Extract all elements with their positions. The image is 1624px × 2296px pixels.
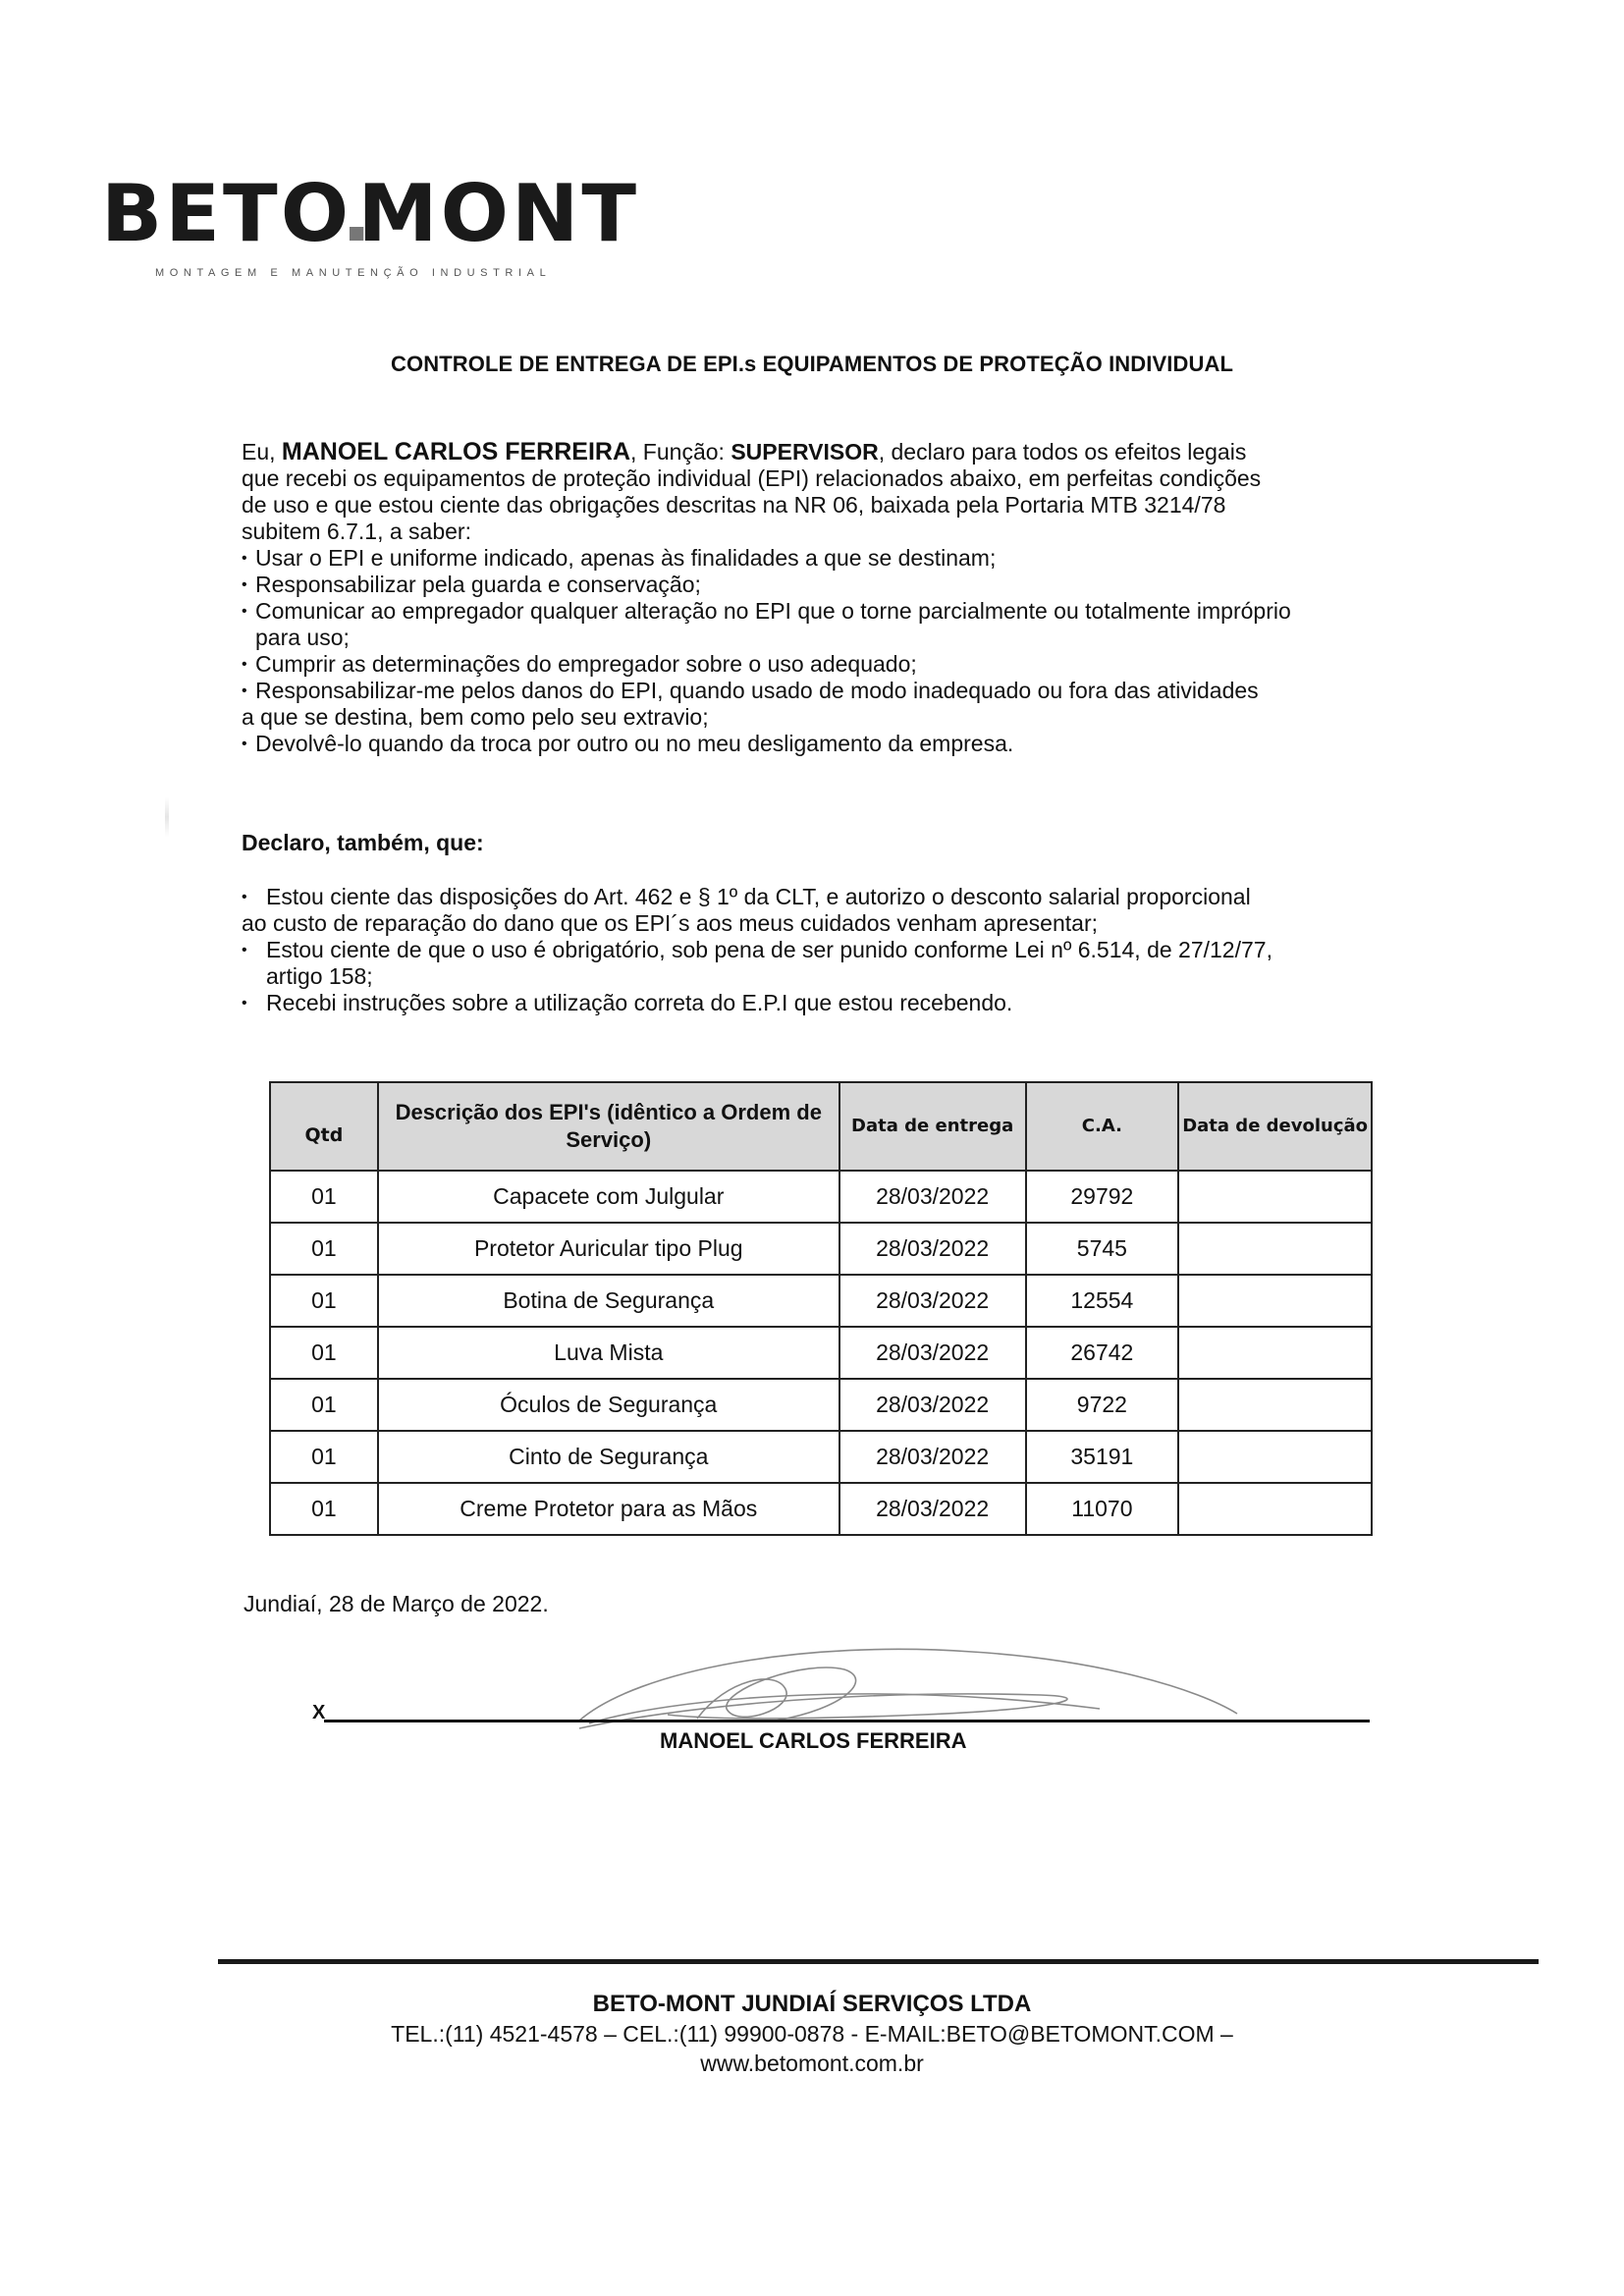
role-label: , Função: xyxy=(630,439,731,465)
logo-wordmark: BETOMONT xyxy=(101,175,639,253)
declaration-text: Recebi instruções sobre a utilização cor… xyxy=(266,990,1012,1015)
document-title: CONTROLE DE ENTREGA DE EPI.s EQUIPAMENTO… xyxy=(0,352,1624,377)
intro-line-2: que recebi os equipamentos de proteção i… xyxy=(242,465,1459,492)
declaration-text-continued: ao custo de reparação do dano que os EPI… xyxy=(242,910,1459,937)
obligation-item: Responsabilizar pela guarda e conservaçã… xyxy=(242,572,1459,598)
table-row: 01Protetor Auricular tipo Plug28/03/2022… xyxy=(270,1223,1372,1275)
obligation-text: Cumprir as determinações do empregador s… xyxy=(255,651,917,677)
intro-prefix: Eu, xyxy=(242,439,282,465)
cell-return-date xyxy=(1178,1327,1372,1379)
declaration-section: Estou ciente das disposições do Art. 462… xyxy=(242,884,1459,1016)
cell-return-date xyxy=(1178,1223,1372,1275)
cell-return-date xyxy=(1178,1431,1372,1483)
cell-ca: 26742 xyxy=(1026,1327,1179,1379)
table-row: 01Óculos de Segurança28/03/20229722 xyxy=(270,1379,1372,1431)
table-row: 01Botina de Segurança28/03/202212554 xyxy=(270,1275,1372,1327)
declaration-list: Estou ciente das disposições do Art. 462… xyxy=(242,884,1459,1016)
cell-description: Luva Mista xyxy=(378,1327,839,1379)
table-row: 01Capacete com Julgular28/03/202229792 xyxy=(270,1171,1372,1223)
header-qtd: Qtd xyxy=(270,1082,378,1171)
cell-return-date xyxy=(1178,1379,1372,1431)
epi-delivery-table: Qtd Descrição dos EPI's (idêntico a Orde… xyxy=(269,1081,1373,1536)
obligation-text: Responsabilizar pela guarda e conservaçã… xyxy=(255,572,701,597)
declaration-item: Recebi instruções sobre a utilização cor… xyxy=(242,990,1459,1016)
cell-description: Capacete com Julgular xyxy=(378,1171,839,1223)
place-date: Jundiaí, 28 de Março de 2022. xyxy=(244,1591,549,1617)
cell-ca: 11070 xyxy=(1026,1483,1179,1535)
cell-delivery-date: 28/03/2022 xyxy=(839,1223,1026,1275)
obligation-text-continued: para uso; xyxy=(255,625,1459,651)
intro-line-1: Eu, MANOEL CARLOS FERREIRA, Função: SUPE… xyxy=(242,439,1459,465)
obligation-text: Devolvê-lo quando da troca por outro ou … xyxy=(255,731,1013,756)
cell-ca: 5745 xyxy=(1026,1223,1179,1275)
cell-description: Creme Protetor para as Mãos xyxy=(378,1483,839,1535)
intro-statement: Eu, MANOEL CARLOS FERREIRA, Função: SUPE… xyxy=(242,439,1459,757)
cell-description: Óculos de Segurança xyxy=(378,1379,839,1431)
declaration-text: Estou ciente das disposições do Art. 462… xyxy=(266,884,1251,909)
cell-ca: 35191 xyxy=(1026,1431,1179,1483)
signature-line xyxy=(324,1720,1370,1722)
cell-description: Cinto de Segurança xyxy=(378,1431,839,1483)
obligations-list: Usar o EPI e uniforme indicado, apenas à… xyxy=(242,545,1459,757)
company-logo: BETOMONT MONTAGEM E MANUTENÇÃO INDUSTRIA… xyxy=(101,175,628,279)
obligation-item: Usar o EPI e uniforme indicado, apenas à… xyxy=(242,545,1459,572)
employee-name: MANOEL CARLOS FERREIRA xyxy=(282,438,630,465)
signer-name: MANOEL CARLOS FERREIRA xyxy=(660,1728,967,1754)
cell-return-date xyxy=(1178,1275,1372,1327)
cell-qtd: 01 xyxy=(270,1379,378,1431)
cell-qtd: 01 xyxy=(270,1483,378,1535)
cell-qtd: 01 xyxy=(270,1171,378,1223)
header-return-date: Data de devolução xyxy=(1178,1082,1372,1171)
cell-qtd: 01 xyxy=(270,1431,378,1483)
employee-role: SUPERVISOR xyxy=(731,439,878,465)
obligation-item: Comunicar ao empregador qualquer alteraç… xyxy=(242,598,1459,651)
obligation-item: Devolvê-lo quando da troca por outro ou … xyxy=(242,731,1459,757)
table-row: 01Creme Protetor para as Mãos28/03/20221… xyxy=(270,1483,1372,1535)
footer-website: www.betomont.com.br xyxy=(0,2050,1624,2077)
declaration-text-continued: artigo 158; xyxy=(266,963,1459,990)
cell-qtd: 01 xyxy=(270,1327,378,1379)
cell-ca: 9722 xyxy=(1026,1379,1179,1431)
obligation-text: Usar o EPI e uniforme indicado, apenas à… xyxy=(255,545,996,571)
cell-delivery-date: 28/03/2022 xyxy=(839,1327,1026,1379)
table-row: 01Cinto de Segurança28/03/202235191 xyxy=(270,1431,1372,1483)
declaration-item: Estou ciente de que o uso é obrigatório,… xyxy=(242,937,1459,990)
intro-line-1-rest: , declaro para todos os efeitos legais xyxy=(879,439,1247,465)
intro-line-4: subitem 6.7.1, a saber: xyxy=(242,519,1459,545)
logo-tagline: MONTAGEM E MANUTENÇÃO INDUSTRIAL xyxy=(155,267,628,279)
table-row: 01Luva Mista28/03/202226742 xyxy=(270,1327,1372,1379)
header-delivery-date: Data de entrega xyxy=(839,1082,1026,1171)
cell-description: Botina de Segurança xyxy=(378,1275,839,1327)
declaration-text: Estou ciente de que o uso é obrigatório,… xyxy=(266,937,1272,962)
cell-ca: 12554 xyxy=(1026,1275,1179,1327)
footer-company-name: BETO-MONT JUNDIAÍ SERVIÇOS LTDA xyxy=(0,1991,1624,2018)
table-header-row: Qtd Descrição dos EPI's (idêntico a Orde… xyxy=(270,1082,1372,1171)
logo-wordmark-left: BETO xyxy=(101,168,352,259)
cell-delivery-date: 28/03/2022 xyxy=(839,1483,1026,1535)
cell-delivery-date: 28/03/2022 xyxy=(839,1431,1026,1483)
cell-qtd: 01 xyxy=(270,1275,378,1327)
cell-return-date xyxy=(1178,1483,1372,1535)
cell-delivery-date: 28/03/2022 xyxy=(839,1275,1026,1327)
cell-ca: 29792 xyxy=(1026,1171,1179,1223)
cell-description: Protetor Auricular tipo Plug xyxy=(378,1223,839,1275)
intro-line-3: de uso e que estou ciente das obrigações… xyxy=(242,492,1459,519)
footer-contact: TEL.:(11) 4521-4578 – CEL.:(11) 99900-08… xyxy=(0,2021,1624,2048)
obligation-text: Comunicar ao empregador qualquer alteraç… xyxy=(255,598,1291,624)
logo-wordmark-right: MONT xyxy=(357,168,639,259)
declaration-item: Estou ciente das disposições do Art. 462… xyxy=(242,884,1459,937)
obligation-text-continued: a que se destina, bem como pelo seu extr… xyxy=(242,704,1459,731)
cell-qtd: 01 xyxy=(270,1223,378,1275)
cell-delivery-date: 28/03/2022 xyxy=(839,1171,1026,1223)
footer-divider xyxy=(218,1959,1539,1964)
scan-artifact xyxy=(165,797,169,837)
header-description: Descrição dos EPI's (idêntico a Ordem de… xyxy=(378,1082,839,1171)
cell-delivery-date: 28/03/2022 xyxy=(839,1379,1026,1431)
obligation-text: Responsabilizar-me pelos danos do EPI, q… xyxy=(255,678,1259,703)
obligation-item: Cumprir as determinações do empregador s… xyxy=(242,651,1459,678)
declaration-heading: Declaro, também, que: xyxy=(242,830,484,856)
cell-return-date xyxy=(1178,1171,1372,1223)
obligation-item: Responsabilizar-me pelos danos do EPI, q… xyxy=(242,678,1459,731)
header-ca: C.A. xyxy=(1026,1082,1179,1171)
